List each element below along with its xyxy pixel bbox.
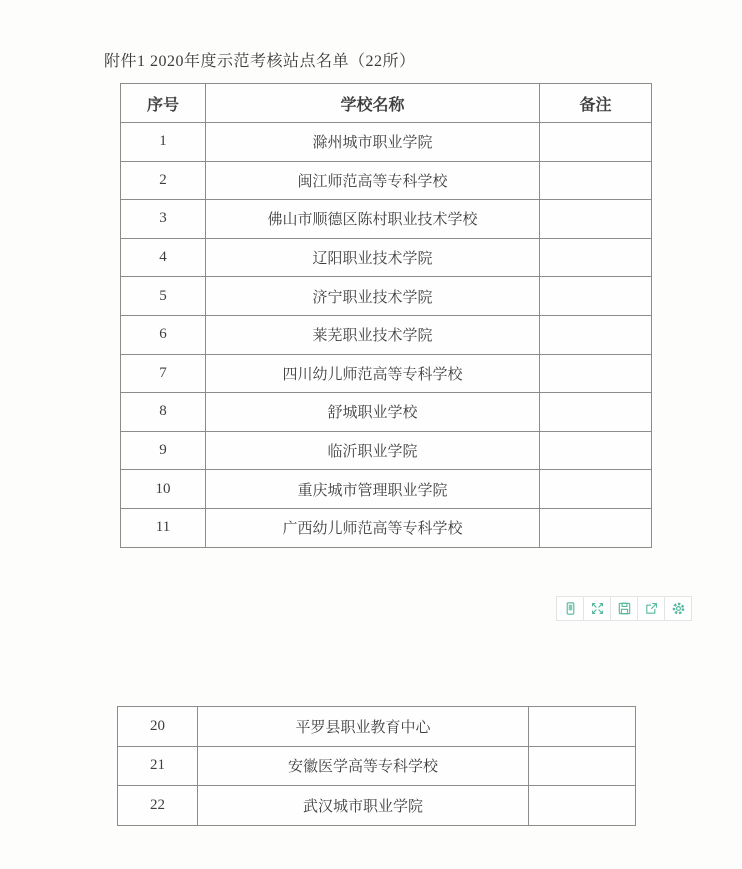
row-school-name: 闽江师范高等专科学校 [206, 161, 540, 200]
row-number: 3 [121, 200, 206, 239]
save-button[interactable] [610, 596, 638, 621]
table-row: 20 平罗县职业教育中心 [118, 707, 636, 747]
table-row: 3 佛山市顺德区陈村职业技术学校 [121, 200, 652, 239]
header-school-name: 学校名称 [206, 84, 540, 123]
table-row: 5 济宁职业技术学院 [121, 277, 652, 316]
row-number: 9 [121, 431, 206, 470]
settings-button[interactable] [664, 596, 692, 621]
row-number: 20 [118, 707, 198, 747]
table-row: 22 武汉城市职业学院 [118, 786, 636, 826]
table-row: 8 舒城职业学校 [121, 393, 652, 432]
save-icon [617, 601, 632, 616]
row-remark [540, 161, 652, 200]
row-number: 21 [118, 746, 198, 786]
row-remark [540, 470, 652, 509]
row-school-name: 重庆城市管理职业学院 [206, 470, 540, 509]
row-remark [540, 508, 652, 547]
row-school-name: 济宁职业技术学院 [206, 277, 540, 316]
row-remark [540, 123, 652, 162]
viewer-toolbar [556, 596, 692, 621]
row-school-name: 临沂职业学院 [206, 431, 540, 470]
row-number: 4 [121, 238, 206, 277]
roster-table-page2: 20 平罗县职业教育中心 21 安徽医学高等专科学校 22 武汉城市职业学院 [117, 706, 636, 826]
table-row: 4 辽阳职业技术学院 [121, 238, 652, 277]
row-number: 22 [118, 786, 198, 826]
row-remark [529, 707, 636, 747]
phone-icon [563, 601, 578, 616]
row-school-name: 平罗县职业教育中心 [198, 707, 529, 747]
row-number: 11 [121, 508, 206, 547]
header-remark: 备注 [540, 84, 652, 123]
table-row: 2 闽江师范高等专科学校 [121, 161, 652, 200]
row-remark [540, 354, 652, 393]
row-school-name: 舒城职业学校 [206, 393, 540, 432]
row-number: 1 [121, 123, 206, 162]
row-school-name: 莱芜职业技术学院 [206, 315, 540, 354]
fullscreen-icon [590, 601, 605, 616]
table-row: 10 重庆城市管理职业学院 [121, 470, 652, 509]
row-remark [540, 238, 652, 277]
row-remark [540, 431, 652, 470]
row-school-name: 佛山市顺德区陈村职业技术学校 [206, 200, 540, 239]
row-school-name: 武汉城市职业学院 [198, 786, 529, 826]
header-no: 序号 [121, 84, 206, 123]
table-row: 7 四川幼儿师范高等专科学校 [121, 354, 652, 393]
roster-table-page1: 序号 学校名称 备注 1 滁州城市职业学院 2 闽江师范高等专科学校 3 佛山市… [120, 83, 652, 548]
row-remark [540, 277, 652, 316]
row-number: 8 [121, 393, 206, 432]
row-remark [540, 315, 652, 354]
row-school-name: 滁州城市职业学院 [206, 123, 540, 162]
row-number: 2 [121, 161, 206, 200]
table-header-row: 序号 学校名称 备注 [121, 84, 652, 123]
settings-icon [671, 601, 686, 616]
row-school-name: 辽阳职业技术学院 [206, 238, 540, 277]
table-row: 11 广西幼儿师范高等专科学校 [121, 508, 652, 547]
fullscreen-button[interactable] [583, 596, 611, 621]
roster-body-page1: 1 滁州城市职业学院 2 闽江师范高等专科学校 3 佛山市顺德区陈村职业技术学校… [121, 123, 652, 548]
row-number: 10 [121, 470, 206, 509]
roster-body-page2: 20 平罗县职业教育中心 21 安徽医学高等专科学校 22 武汉城市职业学院 [118, 707, 636, 826]
phone-view-button[interactable] [556, 596, 584, 621]
row-school-name: 安徽医学高等专科学校 [198, 746, 529, 786]
share-icon [644, 601, 659, 616]
row-number: 6 [121, 315, 206, 354]
row-number: 7 [121, 354, 206, 393]
share-button[interactable] [637, 596, 665, 621]
row-remark [540, 200, 652, 239]
row-remark [529, 746, 636, 786]
table-row: 9 临沂职业学院 [121, 431, 652, 470]
page-title: 附件1 2020年度示范考核站点名单（22所） [104, 48, 416, 71]
row-school-name: 广西幼儿师范高等专科学校 [206, 508, 540, 547]
row-remark [529, 786, 636, 826]
row-number: 5 [121, 277, 206, 316]
table-row: 1 滁州城市职业学院 [121, 123, 652, 162]
table-row: 21 安徽医学高等专科学校 [118, 746, 636, 786]
table-row: 6 莱芜职业技术学院 [121, 315, 652, 354]
row-school-name: 四川幼儿师范高等专科学校 [206, 354, 540, 393]
row-remark [540, 393, 652, 432]
